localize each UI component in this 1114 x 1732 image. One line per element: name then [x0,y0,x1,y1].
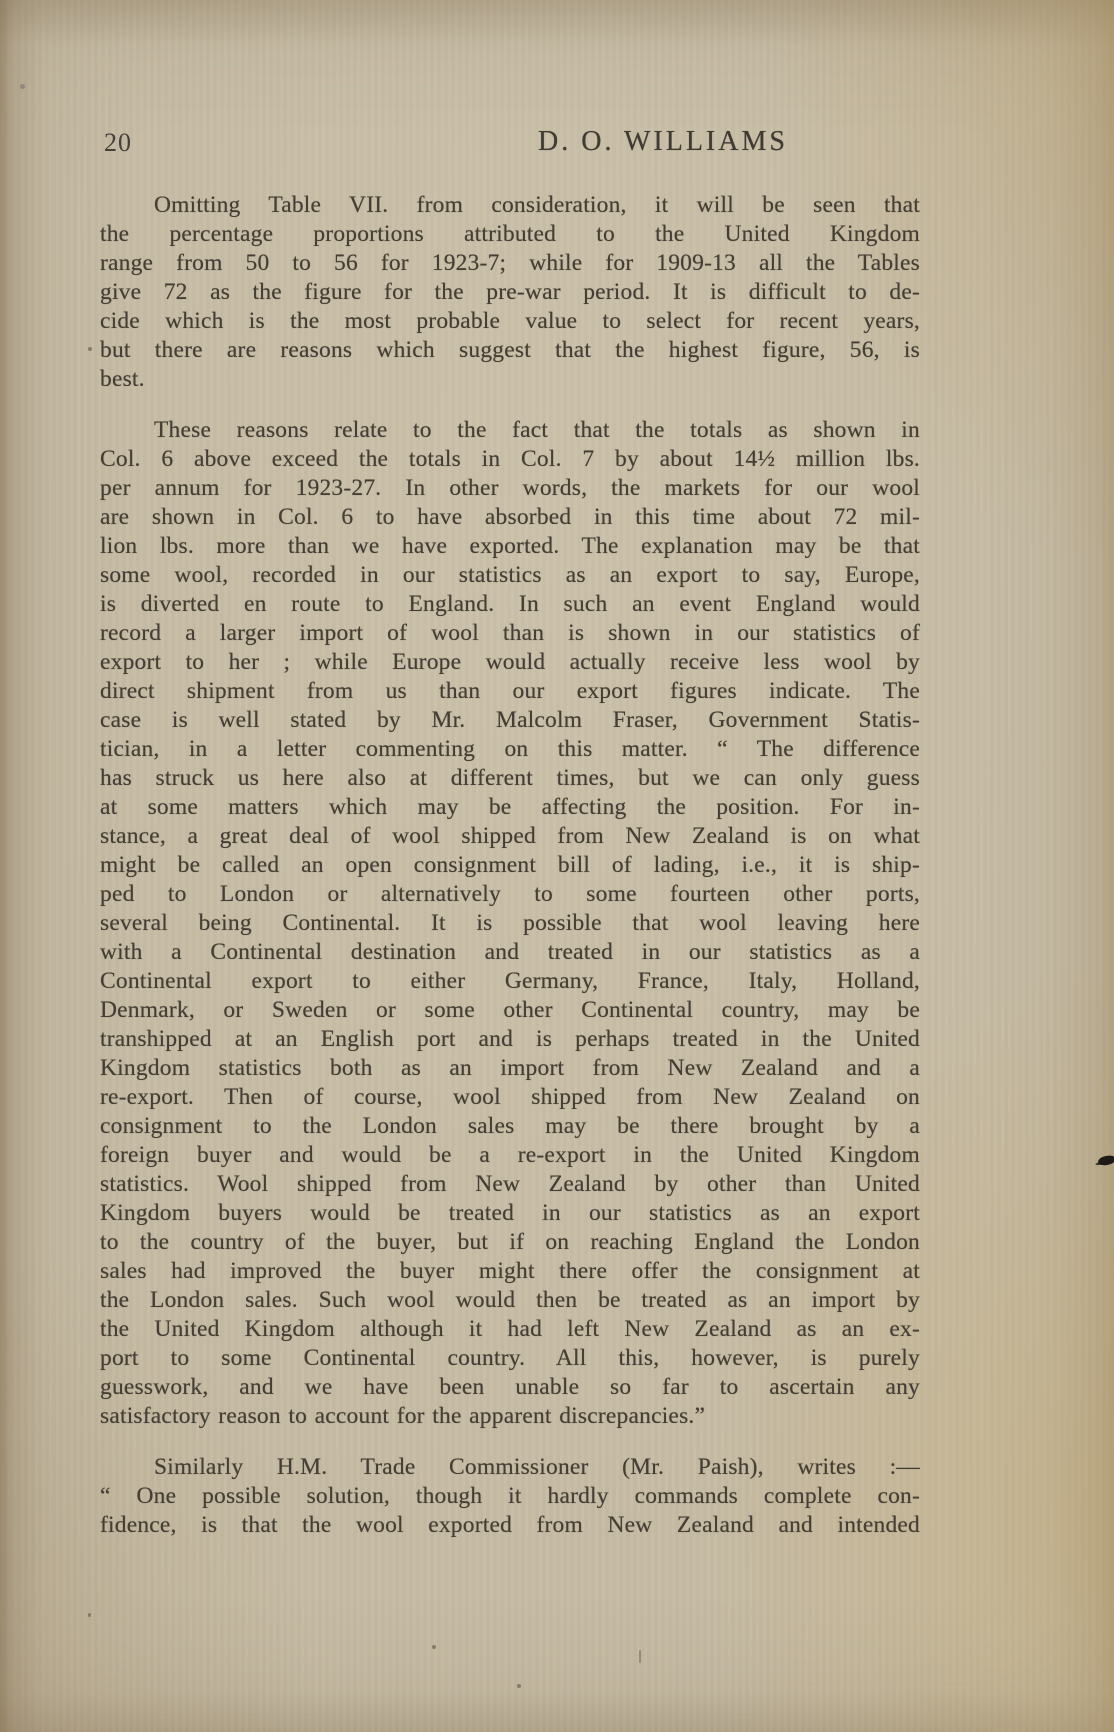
text-line: has struck us here also at different tim… [100,764,920,793]
page-body: Omitting Table VII. from consideration, … [100,191,920,1562]
text-line: several being Continental. It is possibl… [100,909,920,938]
text-line: Kingdom buyers would be treated in our s… [100,1199,920,1228]
text-line: range from 50 to 56 for 1923-7; while fo… [100,249,920,278]
text-line: guesswork, and we have been unable so fa… [100,1373,920,1402]
text-line: export to her ; while Europe would actua… [100,648,920,677]
text-line: with a Continental destination and treat… [100,938,920,967]
text-line: give 72 as the figure for the pre-war pe… [100,278,920,307]
page-number: 20 [104,128,132,158]
paper-speck [20,84,25,89]
paper-speck [88,1613,91,1617]
text-line: stance, a great deal of wool shipped fro… [100,822,920,851]
text-line: Denmark, or Sweden or some other Contine… [100,996,920,1025]
text-line: but there are reasons which suggest that… [100,336,920,365]
text-line: the United Kingdom although it had left … [100,1315,920,1344]
text-line: foreign buyer and would be a re-export i… [100,1141,920,1170]
text-line: transhipped at an English port and is pe… [100,1025,920,1054]
text-line: tician, in a letter commenting on this m… [100,735,920,764]
text-line: These reasons relate to the fact that th… [100,416,920,445]
text-line: Col. 6 above exceed the totals in Col. 7… [100,445,920,474]
text-line: consignment to the London sales may be t… [100,1112,920,1141]
text-line: fidence, is that the wool exported from … [100,1511,920,1540]
text-line: might be called an open consignment bill… [100,851,920,880]
text-line: to the country of the buyer, but if on r… [100,1228,920,1257]
text-line: lion lbs. more than we have exported. Th… [100,532,920,561]
paper-speck [432,1645,436,1649]
text-line: the London sales. Such wool would then b… [100,1286,920,1315]
text-line: re-export. Then of course, wool shipped … [100,1083,920,1112]
paragraph: Omitting Table VII. from consideration, … [100,191,920,394]
text-line: sales had improved the buyer might there… [100,1257,920,1286]
text-line: best. [100,365,920,394]
text-line: Similarly H.M. Trade Commissioner (Mr. P… [100,1453,920,1482]
scanned-page: 20 D. O. WILLIAMS Omitting Table VII. fr… [0,0,1114,1732]
text-line: some wool, recorded in our statistics as… [100,561,920,590]
paper-speck [639,1650,641,1663]
text-line: Continental export to either Germany, Fr… [100,967,920,996]
text-line: statistics. Wool shipped from New Zealan… [100,1170,920,1199]
text-line: is diverted en route to England. In such… [100,590,920,619]
text-line: case is well stated by Mr. Malcolm Frase… [100,706,920,735]
paragraph: Similarly H.M. Trade Commissioner (Mr. P… [100,1453,920,1540]
text-line: port to some Continental country. All th… [100,1344,920,1373]
text-line: record a larger import of wool than is s… [100,619,920,648]
text-line: per annum for 1923-27. In other words, t… [100,474,920,503]
paragraph: These reasons relate to the fact that th… [100,416,920,1431]
text-line: “ One possible solution, though it hardl… [100,1482,920,1511]
text-line: direct shipment from us than our export … [100,677,920,706]
text-line: cide which is the most probable value to… [100,307,920,336]
text-line: at some matters which may be affecting t… [100,793,920,822]
text-line: satisfactory reason to account for the a… [100,1402,920,1431]
text-line: Kingdom statistics both as an import fro… [100,1054,920,1083]
ink-mark [1097,1155,1114,1166]
paper-speck [88,347,92,351]
text-line: are shown in Col. 6 to have absorbed in … [100,503,920,532]
text-line: ped to London or alternatively to some f… [100,880,920,909]
text-line: Omitting Table VII. from consideration, … [100,191,920,220]
text-line: the percentage proportions attributed to… [100,220,920,249]
paper-speck [517,1684,521,1688]
running-header: D. O. WILLIAMS [498,126,828,158]
